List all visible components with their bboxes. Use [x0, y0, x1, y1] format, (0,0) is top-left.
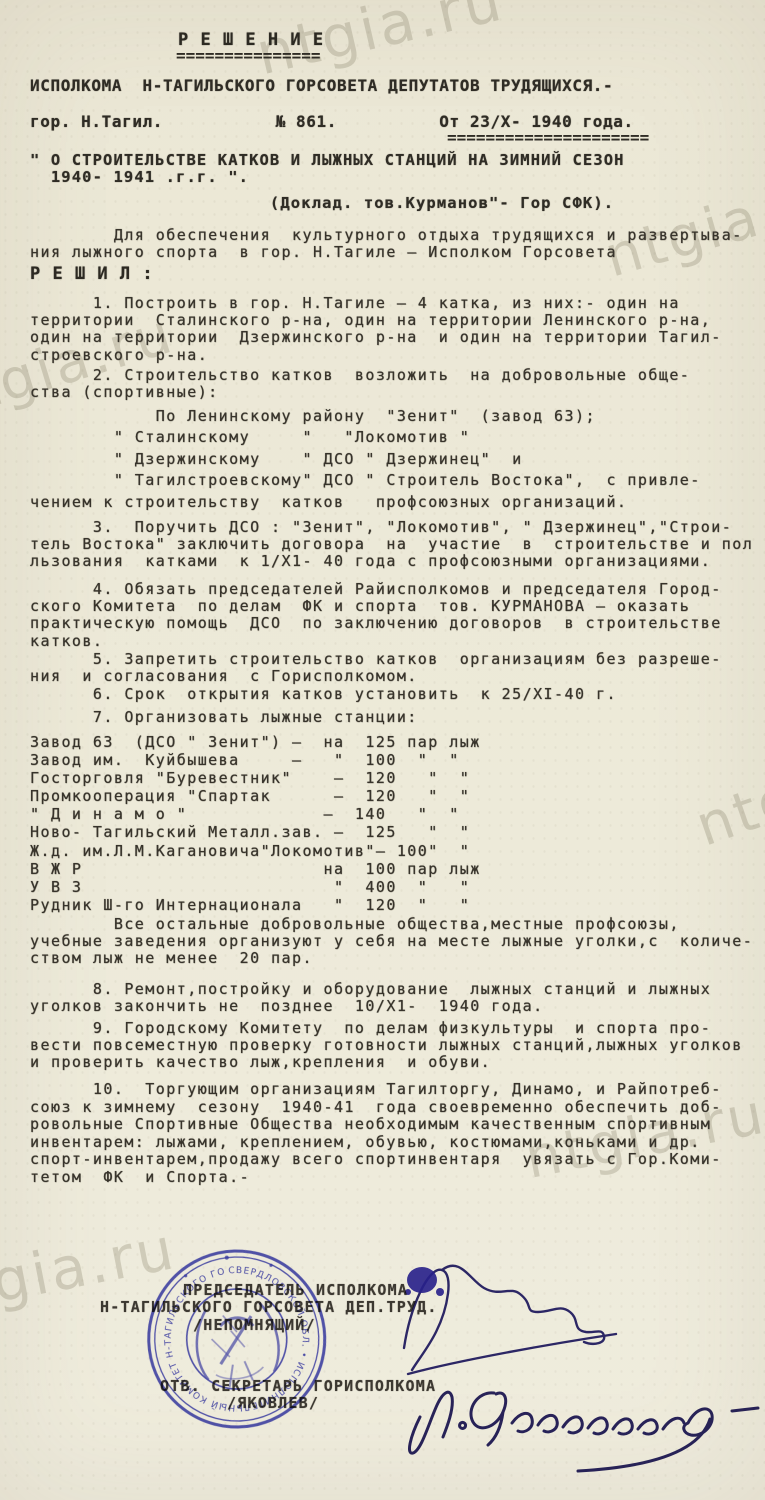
text-line: У В З " 400 " ": [30, 878, 481, 896]
text-line: Рудник Ш-го Интернационала " 120 " ": [30, 896, 481, 914]
text-line: 1940- 1941 .г.г. ".: [30, 169, 625, 186]
subject-lines: " О СТРОИТЕЛЬСТВЕ КАТКОВ И ЛЫЖНЫХ СТАНЦИ…: [30, 152, 625, 186]
resolved-heading: Р Е Ш И Л :: [30, 264, 154, 284]
para-other-societies: Все остальные добровольные общества,мест…: [30, 916, 753, 968]
text-line: спорт-инвентарем,продажу всего спортинве…: [30, 1151, 722, 1169]
text-line: 3. Поручить ДСО : "Зенит", "Локомотив", …: [30, 519, 753, 536]
text-line: территории Сталинского р-на, один на тер…: [30, 312, 722, 329]
text-line: ского Комитета по делам ФК и спорта тов.…: [30, 598, 722, 615]
item-9: 9. Городскому Комитету по делам физкульт…: [30, 1020, 743, 1072]
text-line: льзования катками к 1/Х1- 40 года с проф…: [30, 553, 753, 570]
text-line: ства (спортивные):: [30, 384, 690, 401]
text-line: " О СТРОИТЕЛЬСТВЕ КАТКОВ И ЛЫЖНЫХ СТАНЦИ…: [30, 152, 625, 169]
stamp-seal-icon: СВЕРДЛОВСКОЙ ОБЛ. • ИСПОЛНИТЕЛЬНЫЙ КОМИТ…: [131, 1233, 343, 1445]
text-line: Завод им. Куйбышева – " 100 " ": [30, 751, 481, 769]
text-line: катков.: [30, 633, 722, 650]
svg-text:СВЕРДЛОВСКОЙ ОБЛ. • ИСПОЛНИТЕЛ: СВЕРДЛОВСКОЙ ОБЛ. • ИСПОЛНИТЕЛЬНЫЙ КОМИТ…: [131, 1233, 318, 1424]
text-line: 9. Городскому Комитету по делам физкульт…: [30, 1020, 743, 1037]
stamp-ring-text: СВЕРДЛОВСКОЙ ОБЛ. • ИСПОЛНИТЕЛЬНЫЙ КОМИТ…: [131, 1233, 318, 1424]
text-line: тель Востока" заключить договора на учас…: [30, 536, 753, 553]
text-line: строевского р-на.: [30, 347, 722, 364]
text-line: " Тагилстроевскому" ДСО " Строитель Вост…: [30, 470, 701, 491]
text-line: Ж.д. им.Л.М.Кагановича"Локомотив"– 100" …: [30, 842, 481, 860]
text-line: ством лыж не менее 20 пар.: [30, 950, 753, 967]
text-line: В Ж Р на 100 пар лыж: [30, 860, 481, 878]
text-line: " Сталинскому " "Локомотив ": [30, 427, 701, 448]
text-line: 8. Ремонт,постройку и оборудование лыжны…: [30, 981, 711, 998]
text-line: Завод 63 (ДСО " Зенит") – на 125 пар лыж: [30, 733, 481, 751]
text-line: и проверить качество лыж,крепления и обу…: [30, 1054, 743, 1071]
decree-title-underline: ===============: [176, 46, 321, 65]
text-line: союз к зимнему сезону 1940-41 года своев…: [30, 1099, 722, 1117]
official-stamp: СВЕРДЛОВСКОЙ ОБЛ. • ИСПОЛНИТЕЛЬНЫЙ КОМИТ…: [131, 1233, 343, 1449]
text-line: ния и согласования с Горисполкомом.: [30, 668, 722, 685]
report-line: (Доклад. тов.Курманов"- Гор СФК).: [30, 195, 614, 212]
preamble: Для обеспечения культурного отдыха трудя…: [30, 227, 743, 261]
text-line: 1. Построить в гор. Н.Тагиле – 4 катка, …: [30, 295, 722, 312]
text-line: Госторговля "Буревестник" – 120 " ": [30, 769, 481, 787]
watermark: ntgia.ru: [688, 719, 765, 860]
text-line: учебные заведения организуют у себя на м…: [30, 933, 753, 950]
text-line: 4. Обязать председателей Райисполкомов и…: [30, 581, 722, 598]
item-5: 5. Запретить строительство катков органи…: [30, 651, 722, 685]
document-page: ntgia.ru ntgia.ru ntgia.ru ntgia.ru ntgi…: [0, 0, 765, 1500]
text-line: вести повсеместную проверку готовности л…: [30, 1037, 743, 1054]
text-line: " Дзержинскому " ДСО " Дзержинец" и: [30, 449, 701, 470]
text-line: практическую помощь ДСО по заключению до…: [30, 615, 722, 632]
text-line: один на территории Дзержинского р-на и о…: [30, 329, 722, 346]
item-1: 1. Построить в гор. Н.Тагиле – 4 катка, …: [30, 295, 722, 364]
text-line: уголков закончить не позднее 10/Х1- 1940…: [30, 998, 711, 1015]
item-8: 8. Ремонт,постройку и оборудование лыжны…: [30, 981, 711, 1015]
text-line: Ново- Тагильский Металл.зав. – 125 " ": [30, 823, 481, 841]
text-line: ния лыжного спорта в гор. Н.Тагиле – Исп…: [30, 244, 743, 261]
text-line: Промкооперация "Спартак – 120 " ": [30, 787, 481, 805]
text-line: 10. Торгующим организациям Тагилторгу, Д…: [30, 1081, 722, 1099]
text-line: Для обеспечения культурного отдыха трудя…: [30, 227, 743, 244]
district-assignments: По Ленинскому району "Зенит" (завод 63);…: [30, 406, 701, 513]
text-line: " Д и н а м о " – 140 " ": [30, 805, 481, 823]
issuing-authority: ИСПОЛКОМА Н-ТАГИЛЬСКОГО ГОРСОВЕТА ДЕПУТА…: [30, 76, 613, 95]
item-6: 6. Срок открытия катков установить к 25/…: [30, 686, 617, 703]
date-underline: =====================: [447, 128, 649, 147]
text-line: ровольные Спортивные Общества необходимы…: [30, 1116, 722, 1134]
item-2: 2. Строительство катков возложить на доб…: [30, 367, 690, 401]
text-line: 5. Запретить строительство катков органи…: [30, 651, 722, 668]
item-4: 4. Обязать председателей Райисполкомов и…: [30, 581, 722, 650]
item-3: 3. Поручить ДСО : "Зенит", "Локомотив", …: [30, 519, 753, 571]
text-line: Все остальные добровольные общества,мест…: [30, 916, 753, 933]
text-line: чением к строительству катков профсоюзны…: [30, 492, 701, 513]
text-line: 2. Строительство катков возложить на доб…: [30, 367, 690, 384]
item-10: 10. Торгующим организациям Тагилторгу, Д…: [30, 1081, 722, 1187]
signature-yakovlev: [400, 1365, 765, 1480]
text-line: инвентарем: лыжами, креплением, обувью, …: [30, 1134, 722, 1152]
text-line: По Ленинскому району "Зенит" (завод 63);: [30, 406, 701, 427]
text-line: тетом ФК и Спорта.-: [30, 1169, 722, 1187]
item-7: 7. Организовать лыжные станции:: [30, 709, 418, 726]
ski-allocation-table: Завод 63 (ДСО " Зенит") – на 125 пар лыж…: [30, 733, 481, 914]
